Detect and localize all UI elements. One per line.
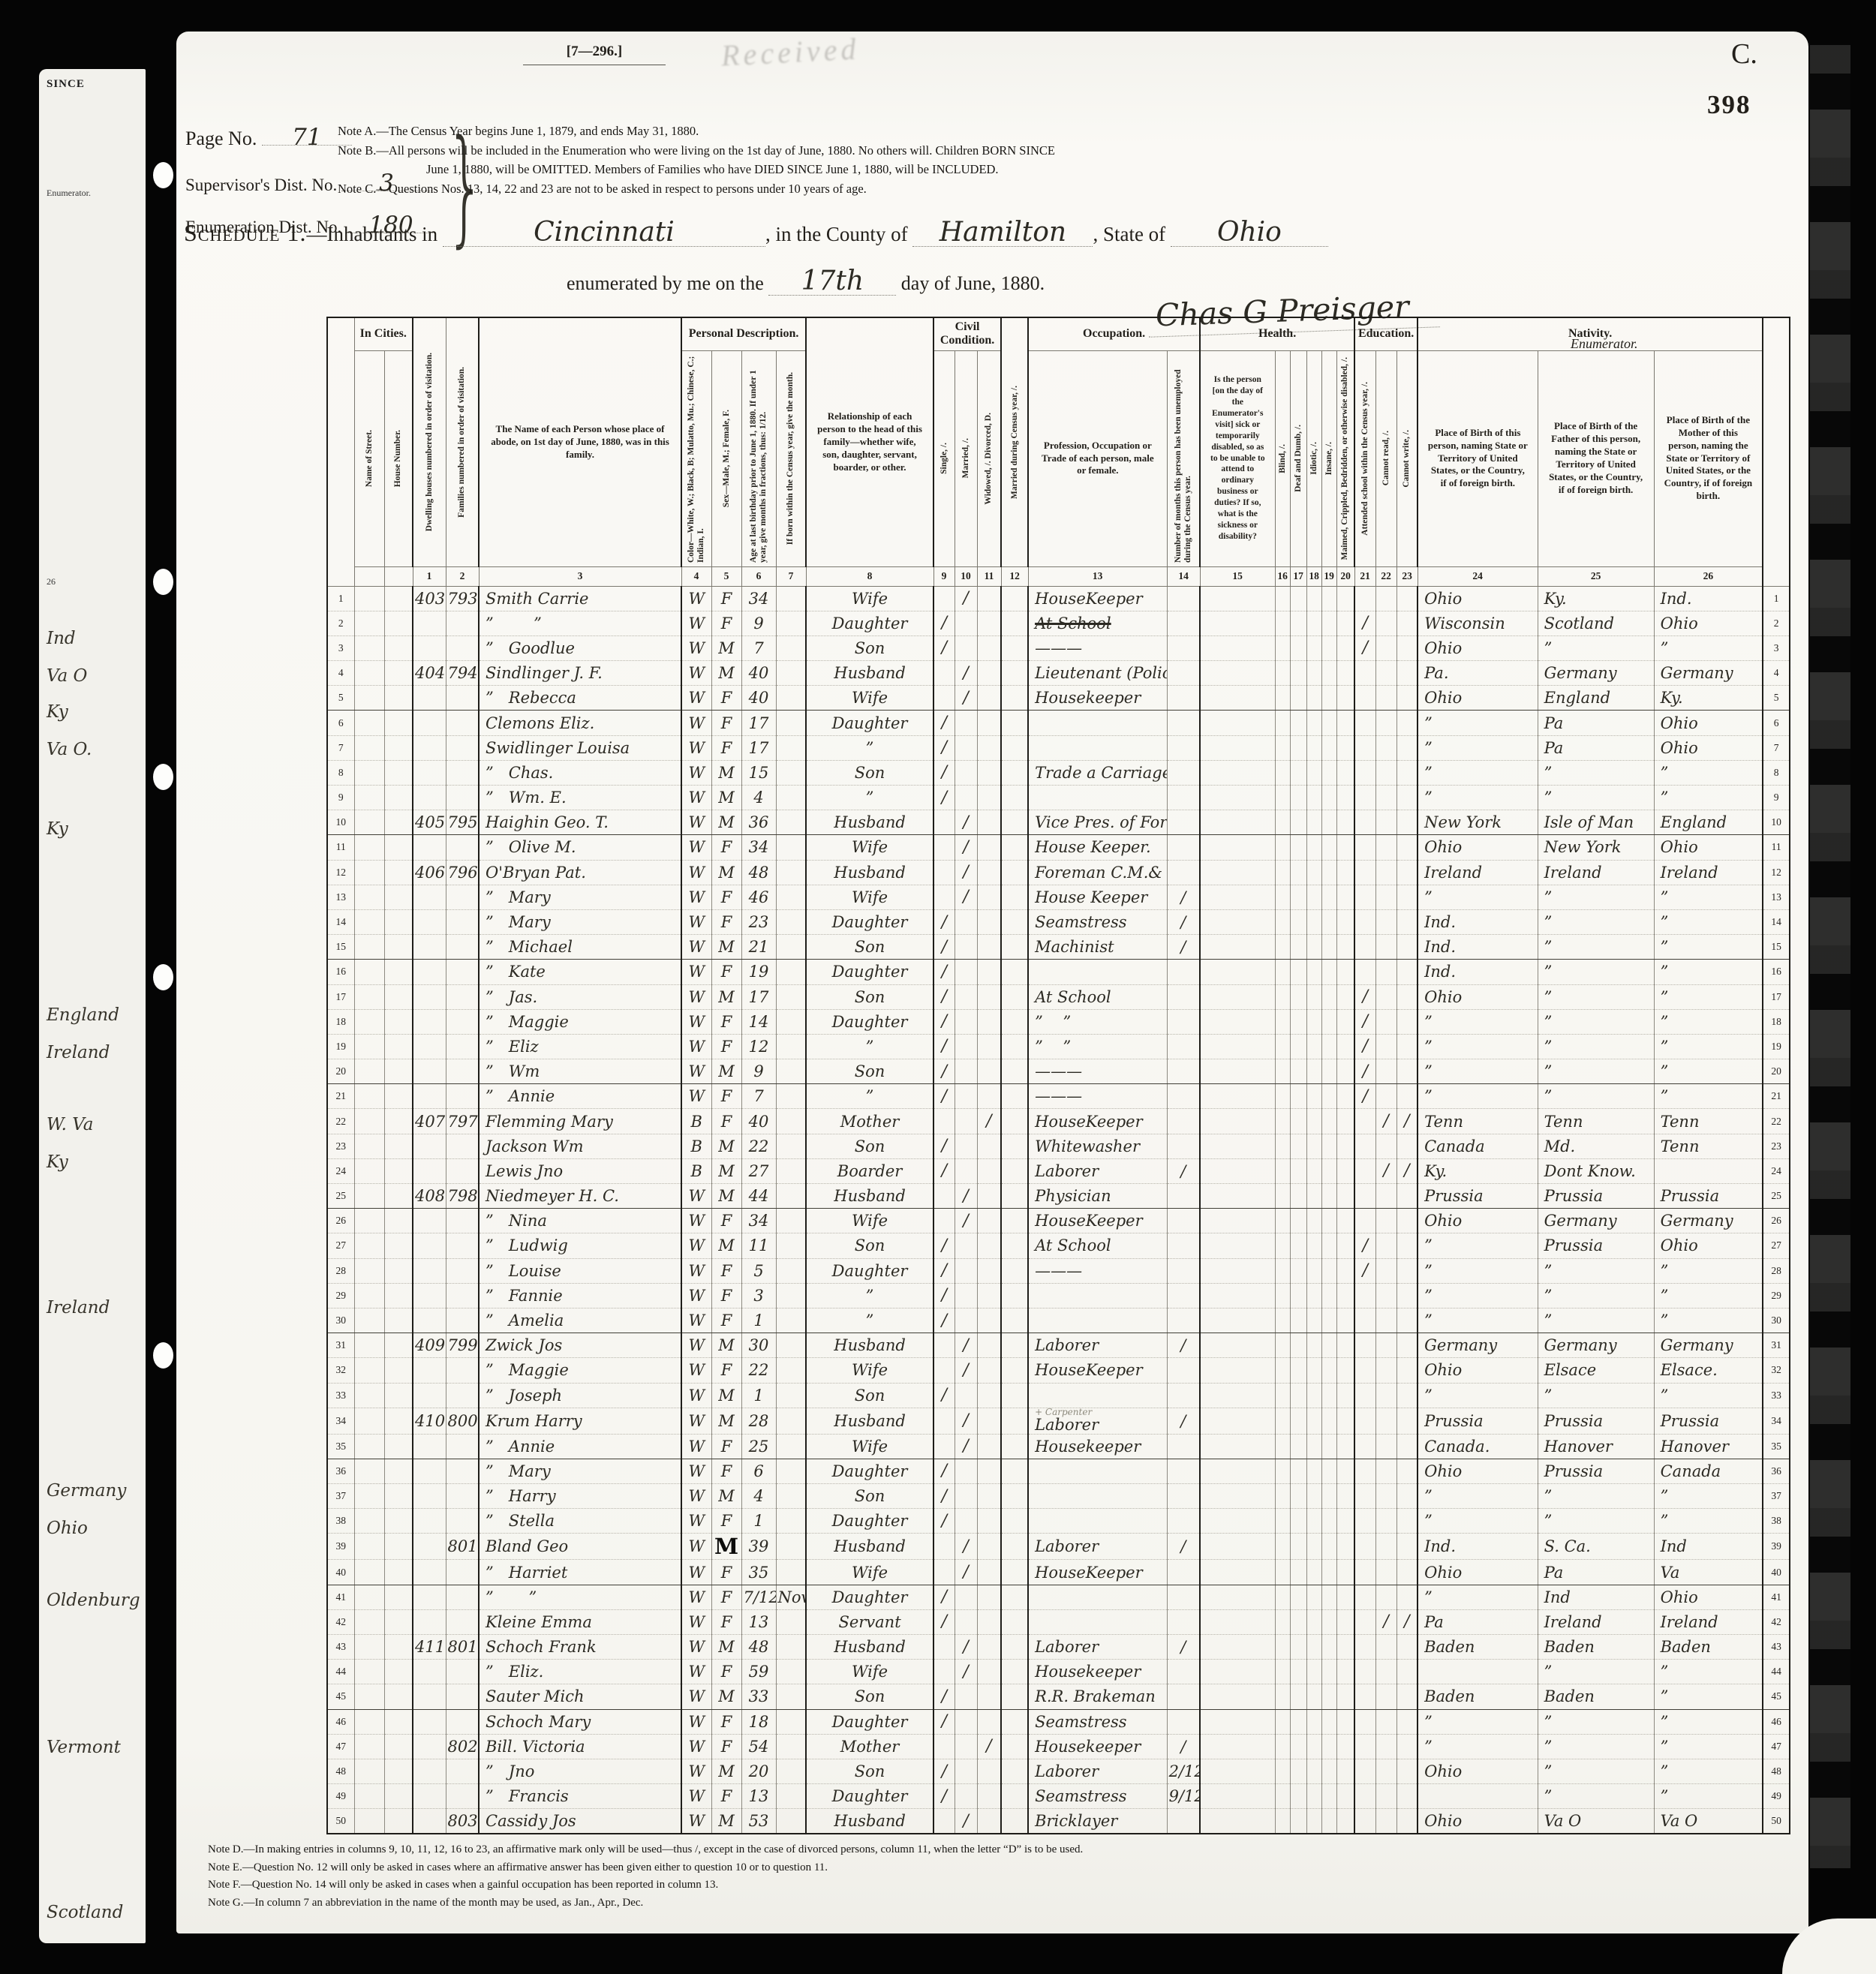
- cell-attended-school: [1354, 1134, 1375, 1158]
- cell-age: 53: [741, 1809, 776, 1834]
- cell-married-in-year: [1001, 611, 1028, 635]
- cell-birthplace: ”: [1418, 1034, 1538, 1059]
- cell-deaf-dumb: [1290, 661, 1306, 686]
- cell-name: Sindlinger J. F.: [479, 661, 681, 686]
- cell-sickness: [1200, 1059, 1275, 1084]
- cell-family-number: 799: [446, 1333, 479, 1358]
- cell-married: [955, 1109, 977, 1134]
- cell-cannot-write: [1396, 1383, 1418, 1408]
- cell-dwelling-number: [413, 984, 446, 1009]
- cell-family-number: [446, 1484, 479, 1509]
- cell-house-number: [384, 935, 413, 960]
- cell-cannot-write: [1396, 635, 1418, 660]
- cell-mother-birthplace: Tenn: [1654, 1109, 1763, 1134]
- cell-insane: [1321, 1534, 1336, 1560]
- cell-married-in-year: [1001, 810, 1028, 835]
- cell-married-in-year: [1001, 1283, 1028, 1308]
- cell-deaf-dumb: [1290, 1184, 1306, 1209]
- cell-deaf-dumb: [1290, 1358, 1306, 1383]
- cell-occupation: Trade a Carriage Painting: [1028, 760, 1167, 785]
- cell-months-unemployed: [1167, 835, 1200, 860]
- cell-months-unemployed: [1167, 760, 1200, 785]
- cell-blind: [1275, 1134, 1290, 1158]
- cell-name: ” Mary: [479, 885, 681, 909]
- cell-married-in-year: [1001, 1684, 1028, 1709]
- cell-father-birthplace: Pa: [1538, 735, 1654, 760]
- cell-birth-month: [776, 1333, 806, 1358]
- table-row: 6Clemons Eliz.WF17Daughter/”PaOhio6: [327, 711, 1790, 735]
- cell-deaf-dumb: [1290, 1059, 1306, 1084]
- cell-blind: [1275, 1635, 1290, 1660]
- line-number-col-right: [1763, 317, 1790, 586]
- cell-cannot-write: [1396, 835, 1418, 860]
- note-c: Note C.—Questions Nos. 13, 14, 22 and 23…: [338, 179, 1508, 199]
- cell-widowed: [977, 1258, 1001, 1283]
- cell-birthplace: ”: [1418, 711, 1538, 735]
- cell-cannot-read: [1375, 1809, 1396, 1834]
- cell-idiotic: [1306, 1459, 1321, 1483]
- cell-birthplace: Ohio: [1418, 1209, 1538, 1233]
- cell-birthplace: Tenn: [1418, 1109, 1538, 1134]
- cell-sickness: [1200, 1084, 1275, 1109]
- cell-attended-school: [1354, 1809, 1375, 1834]
- cell-cannot-write: [1396, 1434, 1418, 1459]
- cell-house-number: [384, 960, 413, 984]
- cell-idiotic: [1306, 1534, 1321, 1560]
- cell-color: W: [681, 1333, 711, 1358]
- cell-mother-birthplace: Ohio: [1654, 1233, 1763, 1258]
- cell-months-unemployed: /: [1167, 909, 1200, 934]
- cell-single: /: [933, 960, 955, 984]
- cell-father-birthplace: ”: [1538, 1059, 1654, 1084]
- cell-street: [354, 1258, 384, 1283]
- cell-age: 1: [741, 1308, 776, 1333]
- cell-color: W: [681, 1660, 711, 1684]
- cell-street: [354, 1684, 384, 1709]
- cell-dwelling-number: [413, 1158, 446, 1183]
- cell-name: O'Bryan Pat.: [479, 860, 681, 885]
- cell-cannot-write: [1396, 1034, 1418, 1059]
- cell-cannot-write: [1396, 686, 1418, 711]
- cell-insane: [1321, 586, 1336, 611]
- cell-married-in-year: [1001, 1408, 1028, 1434]
- table-row: 45Sauter MichWM33Son/R.R. BrakemanBadenB…: [327, 1684, 1790, 1709]
- cell-street: [354, 1560, 384, 1585]
- edge-fragment: Va O.: [47, 740, 92, 759]
- group-header-row: In Cities. Dwelling houses numbered in o…: [327, 317, 1790, 350]
- county-value: Hamilton: [940, 217, 1066, 248]
- cell-deaf-dumb: [1290, 1635, 1306, 1660]
- cell-father-birthplace: Prussia: [1538, 1459, 1654, 1483]
- cell-disabled: [1336, 1034, 1354, 1059]
- line-number-left: 44: [327, 1660, 354, 1684]
- column-number: 10: [955, 566, 977, 586]
- cell-married: [955, 1784, 977, 1809]
- cell-married-in-year: [1001, 1358, 1028, 1383]
- cell-sickness: [1200, 810, 1275, 835]
- cell-color: W: [681, 786, 711, 810]
- cell-occupation: Bricklayer: [1028, 1809, 1167, 1834]
- cell-name: Clemons Eliz.: [479, 711, 681, 735]
- cell-birthplace: Ind.: [1418, 960, 1538, 984]
- cell-dwelling-number: 408: [413, 1184, 446, 1209]
- cell-name: ” Eliz.: [479, 1660, 681, 1684]
- cell-father-birthplace: Prussia: [1538, 1408, 1654, 1434]
- cell-sickness: [1200, 909, 1275, 934]
- cell-widowed: [977, 1209, 1001, 1233]
- cell-single: /: [933, 1609, 955, 1634]
- cell-age: 35: [741, 1560, 776, 1585]
- column-number: 20: [1336, 566, 1354, 586]
- cell-relationship: Son: [806, 1759, 933, 1783]
- line-number-right: 32: [1763, 1358, 1790, 1383]
- cell-insane: [1321, 1308, 1336, 1333]
- cell-disabled: [1336, 711, 1354, 735]
- col-married: Married, /.: [955, 350, 977, 566]
- cell-house-number: [384, 1434, 413, 1459]
- cell-relationship: Wife: [806, 1209, 933, 1233]
- cell-married: [955, 611, 977, 635]
- cell-disabled: [1336, 1158, 1354, 1183]
- cell-birth-month: Nov: [776, 1585, 806, 1609]
- cell-insane: [1321, 835, 1336, 860]
- cell-deaf-dumb: [1290, 935, 1306, 960]
- cell-married-in-year: [1001, 1660, 1028, 1684]
- table-row: 10405795Haighin Geo. T.WM36Husband/Vice …: [327, 810, 1790, 835]
- cell-married: [955, 635, 977, 660]
- cell-birthplace: Baden: [1418, 1635, 1538, 1660]
- cell-insane: [1321, 1408, 1336, 1434]
- cell-sickness: [1200, 860, 1275, 885]
- cell-father-birthplace: ”: [1538, 1034, 1654, 1059]
- cell-single: [933, 1408, 955, 1434]
- cell-deaf-dumb: [1290, 1109, 1306, 1134]
- line-number-left: 39: [327, 1534, 354, 1560]
- edge-fragment: W. Va: [47, 1115, 93, 1134]
- cell-birth-month: [776, 735, 806, 760]
- cell-house-number: [384, 860, 413, 885]
- cell-father-birthplace: Isle of Man: [1538, 810, 1654, 835]
- table-row: 11” Olive M.WF34Wife/House Keeper.OhioNe…: [327, 835, 1790, 860]
- cell-name: ” ”: [479, 1585, 681, 1609]
- cell-cannot-write: [1396, 1534, 1418, 1560]
- cell-widowed: [977, 686, 1001, 711]
- cell-relationship: Son: [806, 984, 933, 1009]
- cell-birthplace: ”: [1418, 885, 1538, 909]
- cell-widowed: [977, 935, 1001, 960]
- table-row: 40” HarrietWF35Wife/HouseKeeperOhioPaVa4…: [327, 1560, 1790, 1585]
- cell-family-number: [446, 1509, 479, 1534]
- line-number-right: 30: [1763, 1308, 1790, 1333]
- edge-fragment: SINCE: [47, 78, 85, 91]
- cell-house-number: [384, 661, 413, 686]
- cell-insane: [1321, 1383, 1336, 1408]
- edge-fragment: 26: [47, 576, 56, 587]
- table-row: 25408798Niedmeyer H. C.WM44Husband/Physi…: [327, 1184, 1790, 1209]
- cell-father-birthplace: ”: [1538, 1734, 1654, 1759]
- cell-attended-school: [1354, 1509, 1375, 1534]
- cell-single: [933, 661, 955, 686]
- footnotes: Note D.—In making entries in columns 9, …: [208, 1841, 1739, 1912]
- cell-dwelling-number: [413, 960, 446, 984]
- cell-disabled: [1336, 1709, 1354, 1734]
- cell-birth-month: [776, 1109, 806, 1134]
- cell-widowed: [977, 1560, 1001, 1585]
- page-no-line: Page No. 71: [185, 128, 352, 150]
- cell-disabled: [1336, 960, 1354, 984]
- line-number-left: 32: [327, 1358, 354, 1383]
- cell-disabled: [1336, 1484, 1354, 1509]
- cell-idiotic: [1306, 1233, 1321, 1258]
- cell-widowed: [977, 1308, 1001, 1333]
- line-number-right: 4: [1763, 661, 1790, 686]
- cell-relationship: Boarder: [806, 1158, 933, 1183]
- cell-disabled: [1336, 1109, 1354, 1134]
- cell-months-unemployed: [1167, 586, 1200, 611]
- cell-cannot-write: [1396, 735, 1418, 760]
- cell-street: [354, 835, 384, 860]
- table-row: 49” FrancisWF13Daughter/Seamstress9/12””…: [327, 1784, 1790, 1809]
- cell-mother-birthplace: ”: [1654, 1660, 1763, 1684]
- cell-insane: [1321, 1358, 1336, 1383]
- cell-widowed: [977, 984, 1001, 1009]
- cell-months-unemployed: [1167, 984, 1200, 1009]
- cell-attended-school: [1354, 760, 1375, 785]
- cell-insane: [1321, 1158, 1336, 1183]
- cell-birth-month: [776, 1809, 806, 1834]
- cell-single: /: [933, 1509, 955, 1534]
- cell-attended-school: [1354, 1333, 1375, 1358]
- line-number-right: 17: [1763, 984, 1790, 1009]
- cell-attended-school: [1354, 1408, 1375, 1434]
- table-row: 19” ElizWF12”/” ”/”””19: [327, 1034, 1790, 1059]
- cell-cannot-read: [1375, 984, 1396, 1009]
- cell-house-number: [384, 810, 413, 835]
- cell-sex: M: [711, 1759, 741, 1783]
- cell-sex: F: [711, 835, 741, 860]
- column-number: 13: [1028, 566, 1167, 586]
- line-number-right: 47: [1763, 1734, 1790, 1759]
- cell-color: W: [681, 1258, 711, 1283]
- cell-sickness: [1200, 1759, 1275, 1783]
- cell-age: 28: [741, 1408, 776, 1434]
- cell-birthplace: Germany: [1418, 1333, 1538, 1358]
- cell-dwelling-number: [413, 1383, 446, 1408]
- cell-idiotic: [1306, 635, 1321, 660]
- cell-color: W: [681, 1484, 711, 1509]
- cell-married-in-year: [1001, 935, 1028, 960]
- cell-name: ” Michael: [479, 935, 681, 960]
- cell-sex: F: [711, 1784, 741, 1809]
- column-number: [354, 566, 384, 586]
- cell-idiotic: [1306, 1109, 1321, 1134]
- cell-birthplace: ”: [1418, 1709, 1538, 1734]
- cell-disabled: [1336, 1560, 1354, 1585]
- cell-attended-school: [1354, 1560, 1375, 1585]
- binder-hole: [153, 764, 173, 790]
- line-number-left: 17: [327, 984, 354, 1009]
- cell-widowed: [977, 1383, 1001, 1408]
- cell-dwelling-number: [413, 1560, 446, 1585]
- cell-months-unemployed: [1167, 635, 1200, 660]
- line-number-right: 3: [1763, 635, 1790, 660]
- cell-occupation: HouseKeeper: [1028, 1109, 1167, 1134]
- column-number: 22: [1375, 566, 1396, 586]
- cell-relationship: ”: [806, 1034, 933, 1059]
- cell-dwelling-number: [413, 1034, 446, 1059]
- cell-sex: F: [711, 1258, 741, 1283]
- cell-family-number: [446, 935, 479, 960]
- cell-idiotic: [1306, 1585, 1321, 1609]
- cell-sex: M: [711, 1635, 741, 1660]
- cell-deaf-dumb: [1290, 1333, 1306, 1358]
- cell-father-birthplace: Pa: [1538, 711, 1654, 735]
- cell-relationship: ”: [806, 1308, 933, 1333]
- cell-widowed: [977, 1660, 1001, 1684]
- cell-blind: [1275, 1383, 1290, 1408]
- cell-birth-month: [776, 810, 806, 835]
- cell-birthplace: Ohio: [1418, 835, 1538, 860]
- county-label: , in the County of: [765, 223, 908, 245]
- cell-house-number: [384, 909, 413, 934]
- cell-birth-month: [776, 1059, 806, 1084]
- cell-months-unemployed: [1167, 1809, 1200, 1834]
- cell-disabled: [1336, 1585, 1354, 1609]
- col-blind: Blind, /.: [1275, 350, 1290, 566]
- cell-deaf-dumb: [1290, 1585, 1306, 1609]
- cell-insane: [1321, 960, 1336, 984]
- cell-sex: M: [711, 1059, 741, 1084]
- cell-cannot-read: [1375, 1034, 1396, 1059]
- cell-birth-month: [776, 786, 806, 810]
- group-occupation: Occupation.: [1028, 317, 1200, 350]
- line-number-left: 23: [327, 1134, 354, 1158]
- line-number-left: 31: [327, 1333, 354, 1358]
- column-number: 5: [711, 566, 741, 586]
- line-number-left: 41: [327, 1585, 354, 1609]
- cell-single: /: [933, 1059, 955, 1084]
- edge-fragment: Ohio: [47, 1519, 88, 1538]
- cell-months-unemployed: [1167, 1109, 1200, 1134]
- cell-street: [354, 984, 384, 1009]
- cell-idiotic: [1306, 735, 1321, 760]
- cell-house-number: [384, 760, 413, 785]
- cell-single: /: [933, 909, 955, 934]
- cell-sex: F: [711, 586, 741, 611]
- place-value: Cincinnati: [534, 217, 675, 248]
- line-number-right: 26: [1763, 1209, 1790, 1233]
- line-number-left: 43: [327, 1635, 354, 1660]
- cell-sickness: [1200, 1434, 1275, 1459]
- group-health: Health.: [1200, 317, 1354, 350]
- cell-birth-month: [776, 1358, 806, 1383]
- cell-age: 4: [741, 786, 776, 810]
- cell-sex: F: [711, 1209, 741, 1233]
- table-row: 42Kleine EmmaWF13Servant///PaIrelandIrel…: [327, 1609, 1790, 1634]
- cell-idiotic: [1306, 1759, 1321, 1783]
- cell-cannot-write: [1396, 1059, 1418, 1084]
- cell-street: [354, 1084, 384, 1109]
- cell-attended-school: [1354, 786, 1375, 810]
- cell-insane: [1321, 711, 1336, 735]
- cell-house-number: [384, 1459, 413, 1483]
- cell-father-birthplace: ”: [1538, 1009, 1654, 1034]
- cell-married: [955, 735, 977, 760]
- cell-disabled: [1336, 1660, 1354, 1684]
- line-number-left: 6: [327, 711, 354, 735]
- cell-relationship: Wife: [806, 885, 933, 909]
- cell-deaf-dumb: [1290, 1034, 1306, 1059]
- cell-street: [354, 1109, 384, 1134]
- cell-widowed: [977, 1585, 1001, 1609]
- cell-sickness: [1200, 1283, 1275, 1308]
- cell-sex: F: [711, 1308, 741, 1333]
- cell-birth-month: [776, 1308, 806, 1333]
- table-row: 13” MaryWF46Wife/House Keeper/”””13: [327, 885, 1790, 909]
- cell-attended-school: /: [1354, 1233, 1375, 1258]
- cell-sex: F: [711, 1434, 741, 1459]
- cell-color: W: [681, 1684, 711, 1709]
- cell-age: 6: [741, 1459, 776, 1483]
- cell-disabled: [1336, 1408, 1354, 1434]
- cell-mother-birthplace: ”: [1654, 1258, 1763, 1283]
- cell-deaf-dumb: [1290, 635, 1306, 660]
- line-number-right: 5: [1763, 686, 1790, 711]
- cell-cannot-read: [1375, 1184, 1396, 1209]
- cell-street: [354, 909, 384, 934]
- cell-disabled: [1336, 909, 1354, 934]
- column-number: 12: [1001, 566, 1028, 586]
- cell-idiotic: [1306, 1333, 1321, 1358]
- col-relationship: Relationship of each person to the head …: [806, 317, 933, 566]
- cell-name: ” Kate: [479, 960, 681, 984]
- cell-birth-month: [776, 1509, 806, 1534]
- cell-birth-month: [776, 1709, 806, 1734]
- cell-family-number: [446, 1233, 479, 1258]
- line-number-left: 8: [327, 760, 354, 785]
- census-table: In Cities. Dwelling houses numbered in o…: [326, 317, 1790, 1834]
- col-disabled: Maimed, Crippled, Bedridden, or otherwis…: [1336, 350, 1354, 566]
- cell-cannot-read: [1375, 1434, 1396, 1459]
- cell-deaf-dumb: [1290, 686, 1306, 711]
- cell-father-birthplace: Pa: [1538, 1560, 1654, 1585]
- footnote-d: Note D.—In making entries in columns 9, …: [208, 1841, 1739, 1859]
- column-number: 14: [1167, 566, 1200, 586]
- cell-months-unemployed: [1167, 1059, 1200, 1084]
- cell-sex: F: [711, 1084, 741, 1109]
- cell-single: [933, 1209, 955, 1233]
- cell-mother-birthplace: ”: [1654, 786, 1763, 810]
- cell-family-number: [446, 760, 479, 785]
- cell-deaf-dumb: [1290, 1484, 1306, 1509]
- line-number-left: 1: [327, 586, 354, 611]
- cell-occupation: HouseKeeper: [1028, 586, 1167, 611]
- cell-house-number: [384, 1684, 413, 1709]
- cell-street: [354, 1283, 384, 1308]
- cell-cannot-write: [1396, 1684, 1418, 1709]
- cell-widowed: [977, 909, 1001, 934]
- cell-house-number: [384, 1809, 413, 1834]
- cell-cannot-write: [1396, 1759, 1418, 1783]
- cell-relationship: Daughter: [806, 1009, 933, 1034]
- cell-street: [354, 1034, 384, 1059]
- cell-idiotic: [1306, 1660, 1321, 1684]
- cell-single: /: [933, 1484, 955, 1509]
- cell-deaf-dumb: [1290, 1684, 1306, 1709]
- cell-married-in-year: [1001, 984, 1028, 1009]
- cell-blind: [1275, 711, 1290, 735]
- cell-age: 44: [741, 1184, 776, 1209]
